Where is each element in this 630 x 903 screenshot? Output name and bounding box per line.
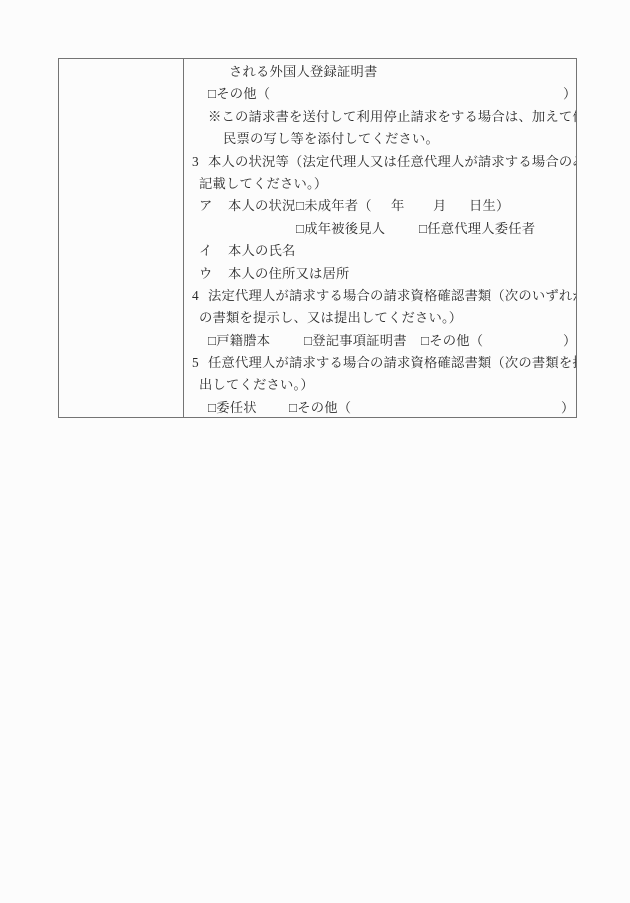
checkbox-option-other: □その他（ (421, 330, 483, 352)
note-text: ※この請求書を送付して利用停止請求をする場合は、加えて住 (208, 106, 576, 128)
form-line: イ 本人の氏名 (184, 240, 576, 262)
checkbox-option-voluntary-agent: □任意代理人委任者 (419, 218, 535, 240)
paren-close: ） (561, 397, 575, 417)
sub-item-label: ア (199, 195, 213, 217)
paren-close: ） (563, 330, 576, 352)
form-line: ※この請求書を送付して利用停止請求をする場合は、加えて住 (184, 106, 576, 128)
form-line: の書類を提示し、又は提出してください。） (184, 307, 576, 329)
form-line: 出してください。） (184, 374, 576, 396)
item-heading-continued: の書類を提示し、又は提出してください。） (199, 307, 462, 329)
sub-item-title: 本人の住所又は居所 (228, 263, 349, 285)
form-line: □成年被後見人 □任意代理人委任者 (184, 218, 576, 240)
form-line: 記載してください。） (184, 173, 576, 195)
sub-item-label: イ (199, 240, 213, 262)
sub-item-label: ウ (199, 263, 213, 285)
item-number: 3 (192, 151, 199, 173)
checkbox-option-registry-cert: □登記事項証明書 (304, 330, 407, 352)
text-segment: される外国人登録証明書 (229, 61, 377, 83)
checkbox-option-adult-ward: □成年被後見人 (296, 218, 385, 240)
form-line: 3 本人の状況等（法定代理人又は任意代理人が請求する場合のみ (184, 151, 576, 173)
item-heading-continued: 出してください。） (199, 374, 314, 396)
form-line: 民票の写し等を添付してください。 (184, 128, 576, 150)
checkbox-option-other: □その他（ (289, 397, 351, 417)
item-number: 4 (192, 285, 199, 307)
month-label: 月 (433, 195, 447, 217)
document-page: される外国人登録証明書 □その他（ ） ※この請求書を送付して利用停止請求をする… (0, 0, 630, 903)
paren-close: ） (563, 83, 576, 105)
checkbox-option-minor: □未成年者（ (296, 195, 372, 217)
sub-item-title: 本人の氏名 (228, 240, 295, 262)
form-table: される外国人登録証明書 □その他（ ） ※この請求書を送付して利用停止請求をする… (58, 58, 577, 418)
form-line: ア 本人の状況 □未成年者（ 年 月 日生） (184, 195, 576, 217)
form-line: □その他（ ） (184, 83, 576, 105)
item-heading: 任意代理人が請求する場合の請求資格確認書類（次の書類を提 (208, 352, 576, 374)
checkbox-option-other: □その他（ (208, 83, 270, 105)
form-line: される外国人登録証明書 (184, 61, 576, 83)
day-label: 日生） (469, 195, 510, 217)
form-line: ウ 本人の住所又は居所 (184, 263, 576, 285)
item-heading: 法定代理人が請求する場合の請求資格確認書類（次のいずれか (208, 285, 576, 307)
checkbox-option-koseki: □戸籍謄本 (208, 330, 270, 352)
form-line: □委任状 □その他（ ） (184, 397, 576, 417)
sub-item-title: 本人の状況 (228, 195, 295, 217)
form-line: 5 任意代理人が請求する場合の請求資格確認書類（次の書類を提 (184, 352, 576, 374)
item-heading: 本人の状況等（法定代理人又は任意代理人が請求する場合のみ (208, 151, 576, 173)
checkbox-option-poa: □委任状 (208, 397, 257, 417)
form-line: 4 法定代理人が請求する場合の請求資格確認書類（次のいずれか (184, 285, 576, 307)
item-number: 5 (192, 352, 199, 374)
table-left-cell (59, 59, 184, 417)
note-text: 民票の写し等を添付してください。 (223, 128, 439, 150)
item-heading-continued: 記載してください。） (199, 173, 327, 195)
table-right-cell: される外国人登録証明書 □その他（ ） ※この請求書を送付して利用停止請求をする… (184, 59, 576, 417)
year-label: 年 (391, 195, 405, 217)
form-line: □戸籍謄本 □登記事項証明書 □その他（ ） (184, 330, 576, 352)
